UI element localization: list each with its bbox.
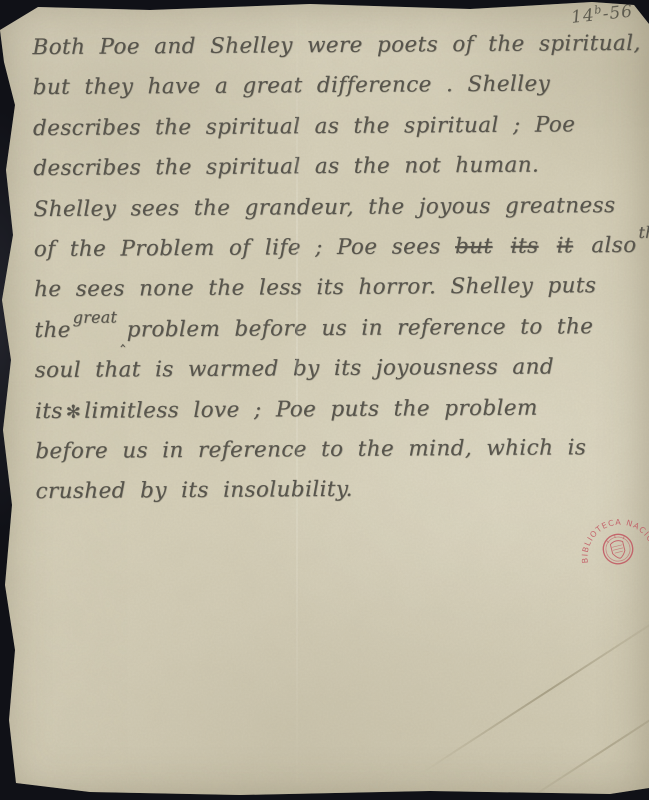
line-6-text: of the Problem of life ; Poe sees — [34, 234, 441, 262]
line-8-text: the — [34, 318, 71, 343]
page-number-rest: -56 — [602, 1, 634, 24]
manuscript-line-2: but they have a great difference . Shell… — [33, 64, 633, 109]
manuscript-line-4: describes the spiritual as the not human… — [33, 145, 633, 190]
library-stamp: BIBLIOTECA NACIONAL — [565, 494, 649, 596]
line-8-text: problem before us in reference to the — [127, 314, 594, 342]
paper-crease — [522, 688, 649, 800]
interlinear-insertion: great — [73, 307, 117, 326]
line-10-text: limitless love ; Poe puts the problem — [84, 395, 538, 423]
line-6-text: also — [591, 233, 636, 258]
scanned-document: 14b-56 Both Poe and Shelley were poets o… — [0, 0, 649, 800]
line-10-text: its — [35, 398, 63, 423]
manuscript-line-8: thegreat‸problem before us in reference … — [34, 307, 634, 352]
paper-crease — [422, 608, 649, 773]
insertion-caret-mark: ‸ — [120, 329, 126, 347]
manuscript-line-3: describes the spiritual as the spiritual… — [33, 105, 633, 150]
struck-out-word: its — [511, 234, 539, 259]
manuscript-line-5: Shelley sees the grandeur, the joyous gr… — [33, 185, 633, 230]
manuscript-paper: 14b-56 Both Poe and Shelley were poets o… — [0, 0, 649, 800]
struck-out-word: it — [557, 233, 574, 258]
manuscript-line-12: crushed by its insolubility. — [35, 468, 635, 513]
manuscript-line-11: before us in reference to the mind, whic… — [35, 428, 635, 473]
struck-out-word: but — [455, 234, 493, 259]
manuscript-line-7: he sees none the less its horror. Shelle… — [34, 266, 634, 311]
manuscript-text: Both Poe and Shelley were poets of the s… — [32, 24, 635, 513]
manuscript-line-10: its✻limitless love ; Poe puts the proble… — [35, 387, 635, 432]
stamp-emblem — [600, 531, 636, 567]
interlinear-insertion: this greatness, — [638, 222, 649, 242]
manuscript-line-6: of the Problem of life ; Poe sees but it… — [34, 226, 634, 271]
manuscript-line-9: soul that is warmed by its joyousness an… — [35, 347, 635, 392]
manuscript-line-1: Both Poe and Shelley were poets of the s… — [32, 24, 632, 69]
asterisk-mark: ✻ — [66, 401, 82, 422]
